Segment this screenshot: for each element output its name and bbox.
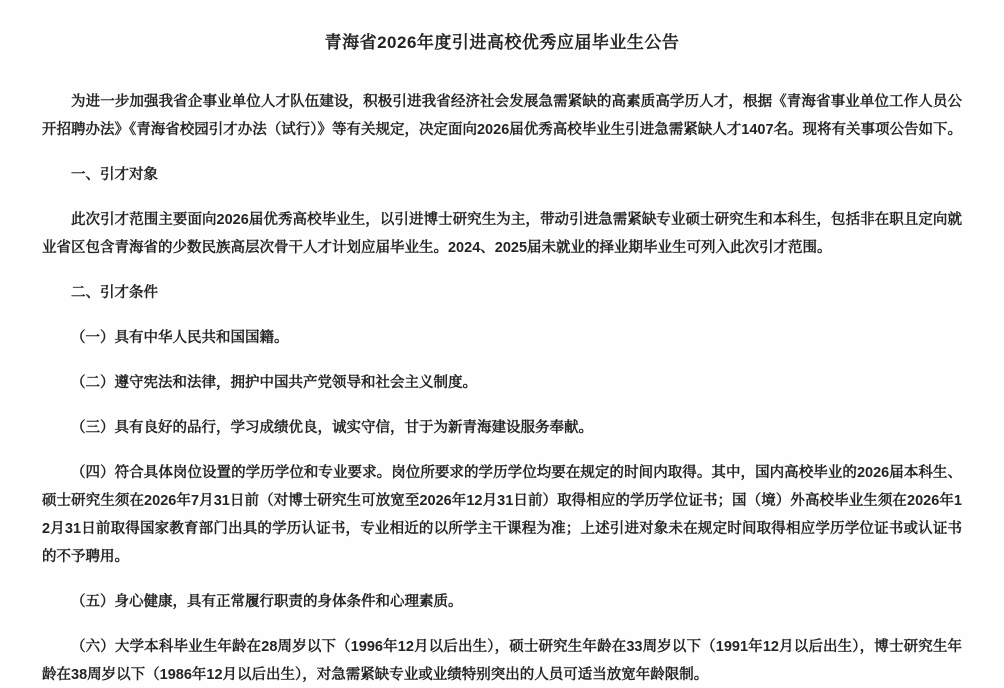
document-body: 为进一步加强我省企事业单位人才队伍建设，积极引进我省经济社会发展急需紧缺的高素质… [42, 88, 962, 688]
document-paragraph: （四）符合具体岗位设置的学历学位和专业要求。岗位所要求的学历学位均要在规定的时间… [42, 459, 962, 571]
document-paragraph: （三）具有良好的品行，学习成绩优良，诚实守信，甘于为新青海建设服务奉献。 [42, 414, 962, 442]
document-paragraph: 为进一步加强我省企事业单位人才队伍建设，积极引进我省经济社会发展急需紧缺的高素质… [42, 88, 962, 144]
document-paragraph: （六）大学本科毕业生年龄在28周岁以下（1996年12月以后出生），硕士研究生年… [42, 633, 962, 688]
announcement-document: 青海省2026年度引进高校优秀应届毕业生公告 为进一步加强我省企事业单位人才队伍… [0, 0, 1004, 688]
section-heading: 一、引才对象 [42, 161, 962, 189]
document-paragraph: 此次引才范围主要面向2026届优秀高校毕业生，以引进博士研究生为主，带动引进急需… [42, 206, 962, 262]
document-paragraph: （五）身心健康，具有正常履行职责的身体条件和心理素质。 [42, 588, 962, 616]
document-paragraph: （一）具有中华人民共和国国籍。 [42, 324, 962, 352]
document-title: 青海省2026年度引进高校优秀应届毕业生公告 [42, 32, 962, 54]
document-paragraph: （二）遵守宪法和法律，拥护中国共产党领导和社会主义制度。 [42, 369, 962, 397]
section-heading: 二、引才条件 [42, 279, 962, 307]
